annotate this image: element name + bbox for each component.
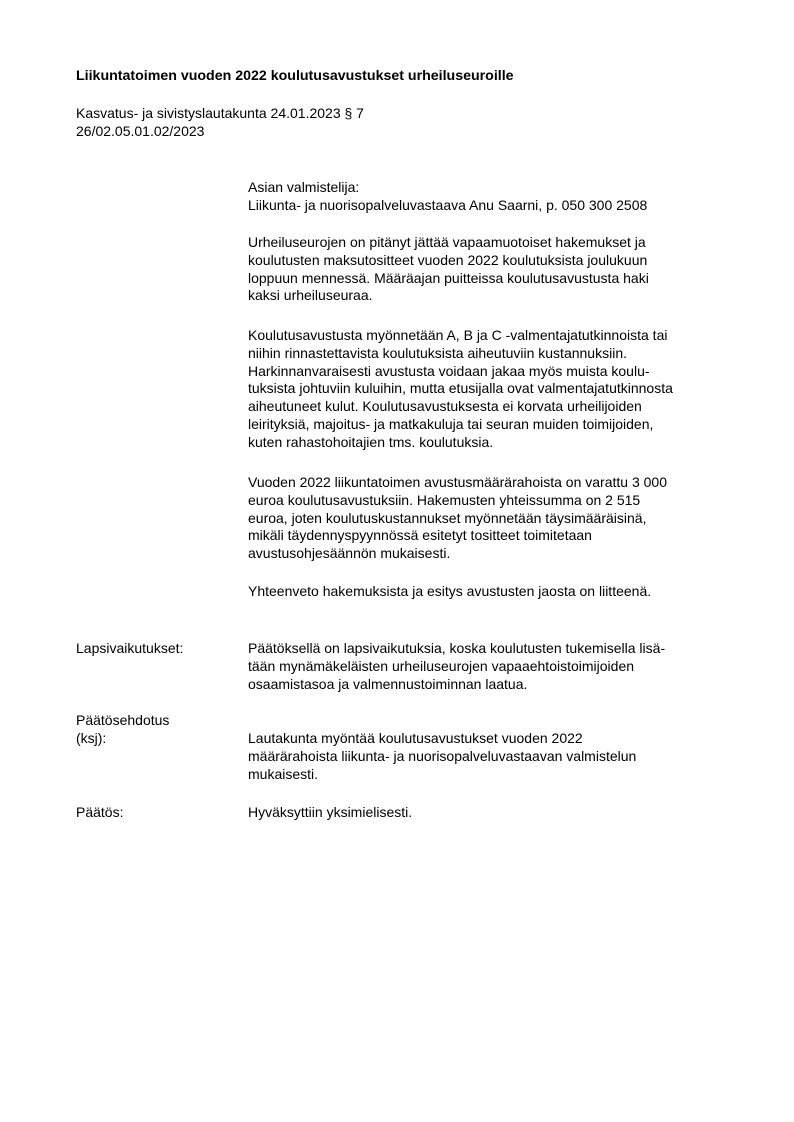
decision-value: Hyväksyttiin yksimielisesti. <box>248 804 412 822</box>
preparer-label: Asian valmistelija: <box>248 179 359 197</box>
text-line: mikäli täydennyspyynnössä esitetyt tosit… <box>248 527 667 545</box>
document-title: Liikuntatoimen vuoden 2022 koulutusavust… <box>76 68 514 86</box>
decision-label: Päätös: <box>76 804 123 822</box>
proposal-text: Lautakunta myöntää koulutusavustukset vu… <box>248 730 636 783</box>
text-line: Urheiluseurojen on pitänyt jättää vapaam… <box>248 234 649 252</box>
text-line: Lautakunta myöntää koulutusavustukset vu… <box>248 730 636 748</box>
text-line: määrärahoista liikunta- ja nuorisopalvel… <box>248 748 636 766</box>
text-line: mukaisesti. <box>248 766 636 784</box>
text-line: aiheutuneet kulut. Koulutusavustuksesta … <box>248 398 673 416</box>
paragraph-4: Yhteenveto hakemuksista ja esitys avustu… <box>248 583 651 601</box>
record-number: 26/02.05.01.02/2023 <box>76 123 204 141</box>
text-line: euroa, joten koulutuskustannukset myönne… <box>248 510 667 528</box>
meeting-reference: Kasvatus- ja sivistyslautakunta 24.01.20… <box>76 105 364 123</box>
paragraph-2: Koulutusavustusta myönnetään A, B ja C -… <box>248 327 673 452</box>
text-line: kaksi urheiluseuraa. <box>248 287 649 305</box>
text-line: Yhteenveto hakemuksista ja esitys avustu… <box>248 583 651 601</box>
text-line: Koulutusavustusta myönnetään A, B ja C -… <box>248 327 673 345</box>
text-line: Vuoden 2022 liikuntatoimen avustusmäärär… <box>248 474 667 492</box>
text-line: koulutusten maksutositteet vuoden 2022 k… <box>248 252 649 270</box>
text-line: niihin rinnastettavista koulutuksista ai… <box>248 345 673 363</box>
child-impact-label: Lapsivaikutukset: <box>76 640 183 658</box>
text-line: kuten rahastohoitajien tms. koulutuksia. <box>248 434 673 452</box>
text-line: osaamistasoa ja valmennustoiminnan laatu… <box>248 676 665 694</box>
text-line: leirityksiä, majoitus- ja matkakuluja ta… <box>248 416 673 434</box>
preparer-value: Liikunta- ja nuorisopalveluvastaava Anu … <box>248 197 647 215</box>
text-line: euroa koulutusavustuksiin. Hakemusten yh… <box>248 492 667 510</box>
paragraph-3: Vuoden 2022 liikuntatoimen avustusmäärär… <box>248 474 667 563</box>
child-impact-text: Päätöksellä on lapsivaikutuksia, koska k… <box>248 640 665 693</box>
text-line: Harkinnanvaraisesti avustusta voidaan ja… <box>248 363 673 381</box>
text-line: tuksista johtuviin kuluihin, mutta etusi… <box>248 380 673 398</box>
text-line: tään mynämäkeläisten urheiluseurojen vap… <box>248 658 665 676</box>
paragraph-1: Urheiluseurojen on pitänyt jättää vapaam… <box>248 234 649 305</box>
text-line: Päätöksellä on lapsivaikutuksia, koska k… <box>248 640 665 658</box>
proposal-label-line2: (ksj): <box>76 730 106 748</box>
text-line: avustusohjesäännön mukaisesti. <box>248 545 667 563</box>
text-line: loppuun mennessä. Määräajan puitteissa k… <box>248 270 649 288</box>
proposal-label-line1: Päätösehdotus <box>76 712 169 730</box>
